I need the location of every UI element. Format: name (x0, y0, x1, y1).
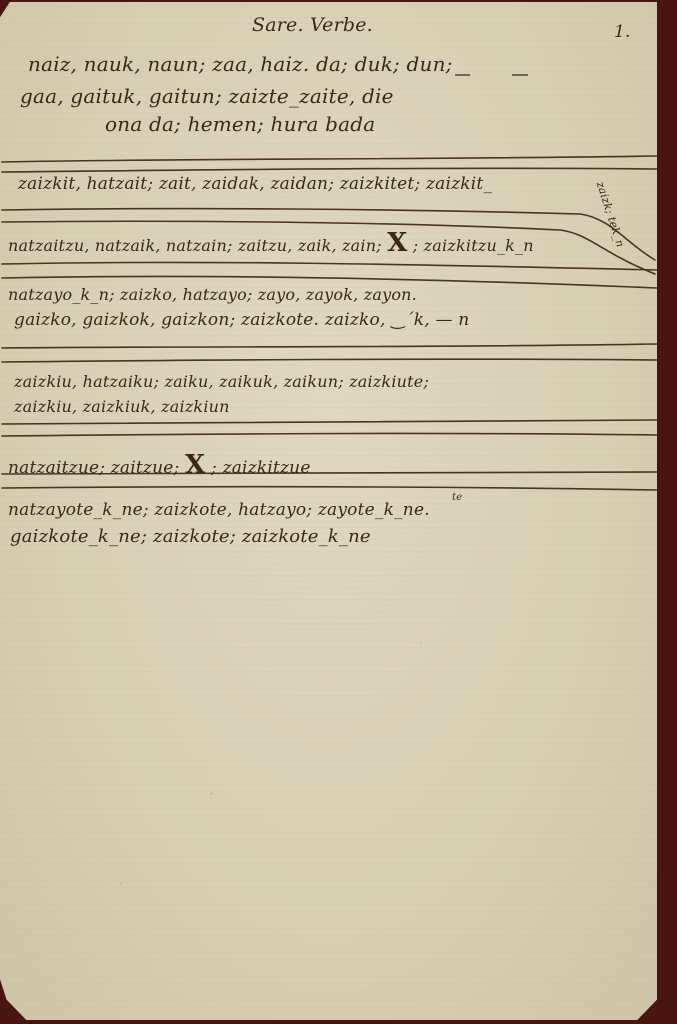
line-text: natzaitzue; zaitzue; (8, 458, 179, 478)
line-text: natzaitzu, natzaik, natzain; zaitzu, zai… (8, 236, 382, 255)
manuscript-line: natzayote_k_ne; zaizkote, hatzayo; zayot… (8, 500, 430, 520)
manuscript-line: zaizkiu, zaizkiuk, zaizkiun (14, 397, 230, 416)
paper-speck (120, 882, 122, 885)
manuscript-line: gaizkote_k_ne; zaizkote; zaizkote_k_ne (10, 526, 371, 547)
margin-note: zaizk; tek_n (594, 180, 627, 249)
line-text: ; zaizkitzu_k_n (413, 236, 534, 255)
cross-mark: X (185, 450, 205, 480)
manuscript-line: natzaitzue; zaitzue; X ; zaizkitzue (8, 450, 311, 480)
paper-speck (420, 642, 422, 644)
paper-speck (210, 792, 213, 795)
manuscript-line: natzaitzu, natzaik, natzain; zaitzu, zai… (8, 228, 534, 258)
manuscript-line: gaa, gaituk, gaitun; zaizte_zaite, die (20, 84, 394, 108)
line-text: ; zaizkitzue (211, 458, 311, 478)
manuscript-line: zaizkiu, hatzaiku; zaiku, zaikuk, zaikun… (14, 372, 429, 391)
scanned-manuscript: Sare. Verbe. 1. naiz, nauk, naun; zaa, h… (0, 0, 677, 1024)
manuscript-page: Sare. Verbe. 1. naiz, nauk, naun; zaa, h… (0, 2, 657, 1020)
manuscript-line: natzayo_k_n; zaizko, hatzayo; zayo, zayo… (8, 285, 417, 304)
manuscript-line: gaizko, gaizkok, gaizkon; zaizkote. zaiz… (14, 310, 469, 330)
cross-mark: X (387, 228, 407, 258)
superscript-note: te (452, 492, 462, 503)
page-number: 1. (614, 22, 631, 42)
manuscript-line: ona da; hemen; hura bada (105, 112, 375, 136)
manuscript-line: naiz, nauk, naun; zaa, haiz. da; duk; du… (28, 52, 453, 76)
manuscript-line: zaizkit, hatzait; zait, zaidak, zaidan; … (18, 174, 492, 194)
page-title: Sare. Verbe. (252, 14, 373, 36)
